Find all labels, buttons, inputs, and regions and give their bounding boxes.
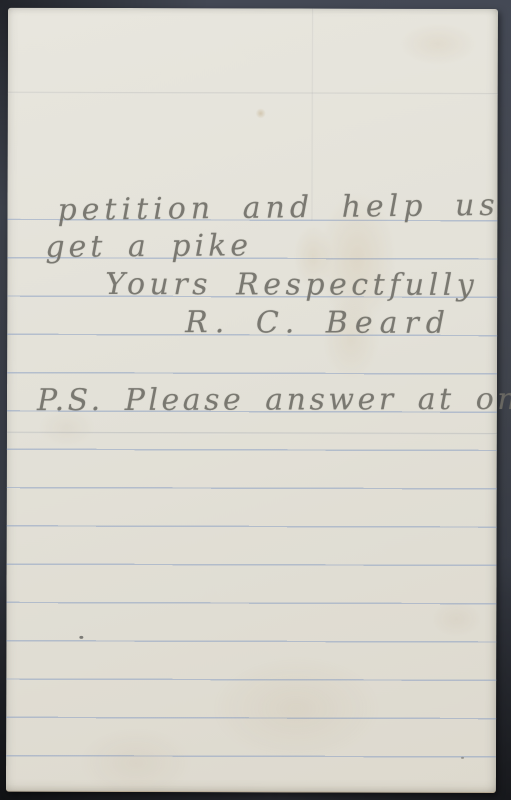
fold-crease-top [8,92,498,95]
handwriting-line-body-2: get a pike [45,229,252,265]
handwriting-signature: R. C. Beard [185,306,452,341]
paper-stains [6,8,498,792]
scan-background: petition and help us get a pike Yours Re… [0,0,511,800]
fold-crease-middle [7,432,497,435]
ink-speck [461,757,464,759]
handwriting-postscript: P.S. Please answer at once [37,383,511,418]
letter-paper: petition and help us get a pike Yours Re… [6,8,498,793]
ink-speck [79,636,83,639]
handwriting-line-body-1: petition and help us [57,189,500,228]
ruled-lines [6,219,497,792]
fold-crease-vertical [311,9,314,221]
handwriting-closing: Yours Respectfully [105,268,478,303]
